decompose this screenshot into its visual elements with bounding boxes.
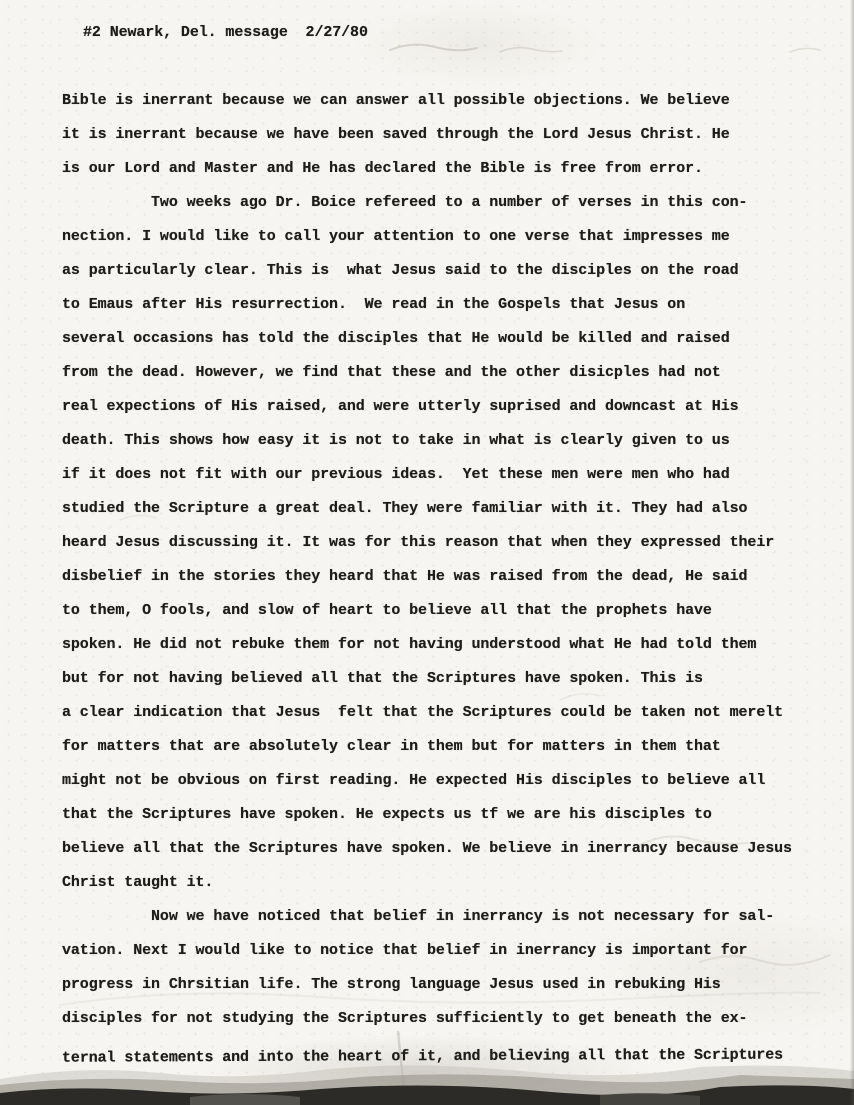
text-line: if it does not fit with our previous ide… [62, 458, 834, 492]
text-line: from the dead. However, we find that the… [62, 356, 834, 390]
text-line: nection. I would like to call your atten… [62, 220, 834, 254]
text-line: progress in Chrsitian life. The strong l… [62, 968, 834, 1002]
text-line: believe all that the Scriptures have spo… [62, 832, 834, 866]
text-line: for matters that are absolutely clear in… [62, 730, 834, 764]
text-line: is our Lord and Master and He has declar… [62, 152, 834, 186]
text-line: disbelief in the stories they heard that… [62, 560, 834, 594]
text-line: real expections of His raised, and were … [62, 390, 834, 424]
text-line: a clear indication that Jesus felt that … [62, 696, 834, 730]
text-line: spoken. He did not rebuke them for not h… [62, 628, 834, 662]
scan-right-edge [850, 0, 854, 1105]
text-line: ternal statements and into the heart of … [62, 1038, 834, 1075]
text-line: disciples for not studying the Scripture… [62, 1002, 834, 1036]
text-line: heard Jesus discussing it. It was for th… [62, 526, 834, 560]
text-line: as particularly clear. This is what Jesu… [62, 254, 834, 288]
document-page: #2 Newark, Del. message 2/27/80 Bible is… [0, 0, 854, 1105]
text-line: it is inerrant because we have been save… [62, 118, 834, 152]
page-header: #2 Newark, Del. message 2/27/80 [83, 24, 368, 41]
text-line: to Emaus after His resurrection. We read… [62, 288, 834, 322]
document-body: Bible is inerrant because we can answer … [62, 84, 834, 1074]
text-line: might not be obvious on first reading. H… [62, 764, 834, 798]
text-line: Bible is inerrant because we can answer … [62, 84, 834, 118]
text-line: studied the Scripture a great deal. They… [62, 492, 834, 526]
text-line: Two weeks ago Dr. Boice refereed to a nu… [62, 186, 834, 220]
text-line: several occasions has told the disciples… [62, 322, 834, 356]
text-line: that the Scriptures have spoken. He expe… [62, 798, 834, 832]
text-line: but for not having believed all that the… [62, 662, 834, 696]
text-line: Christ taught it. [62, 866, 834, 900]
text-line: to them, O fools, and slow of heart to b… [62, 594, 834, 628]
text-line: Now we have noticed that belief in inerr… [62, 900, 834, 934]
text-line: death. This shows how easy it is not to … [62, 424, 834, 458]
text-line: vation. Next I would like to notice that… [62, 934, 834, 968]
